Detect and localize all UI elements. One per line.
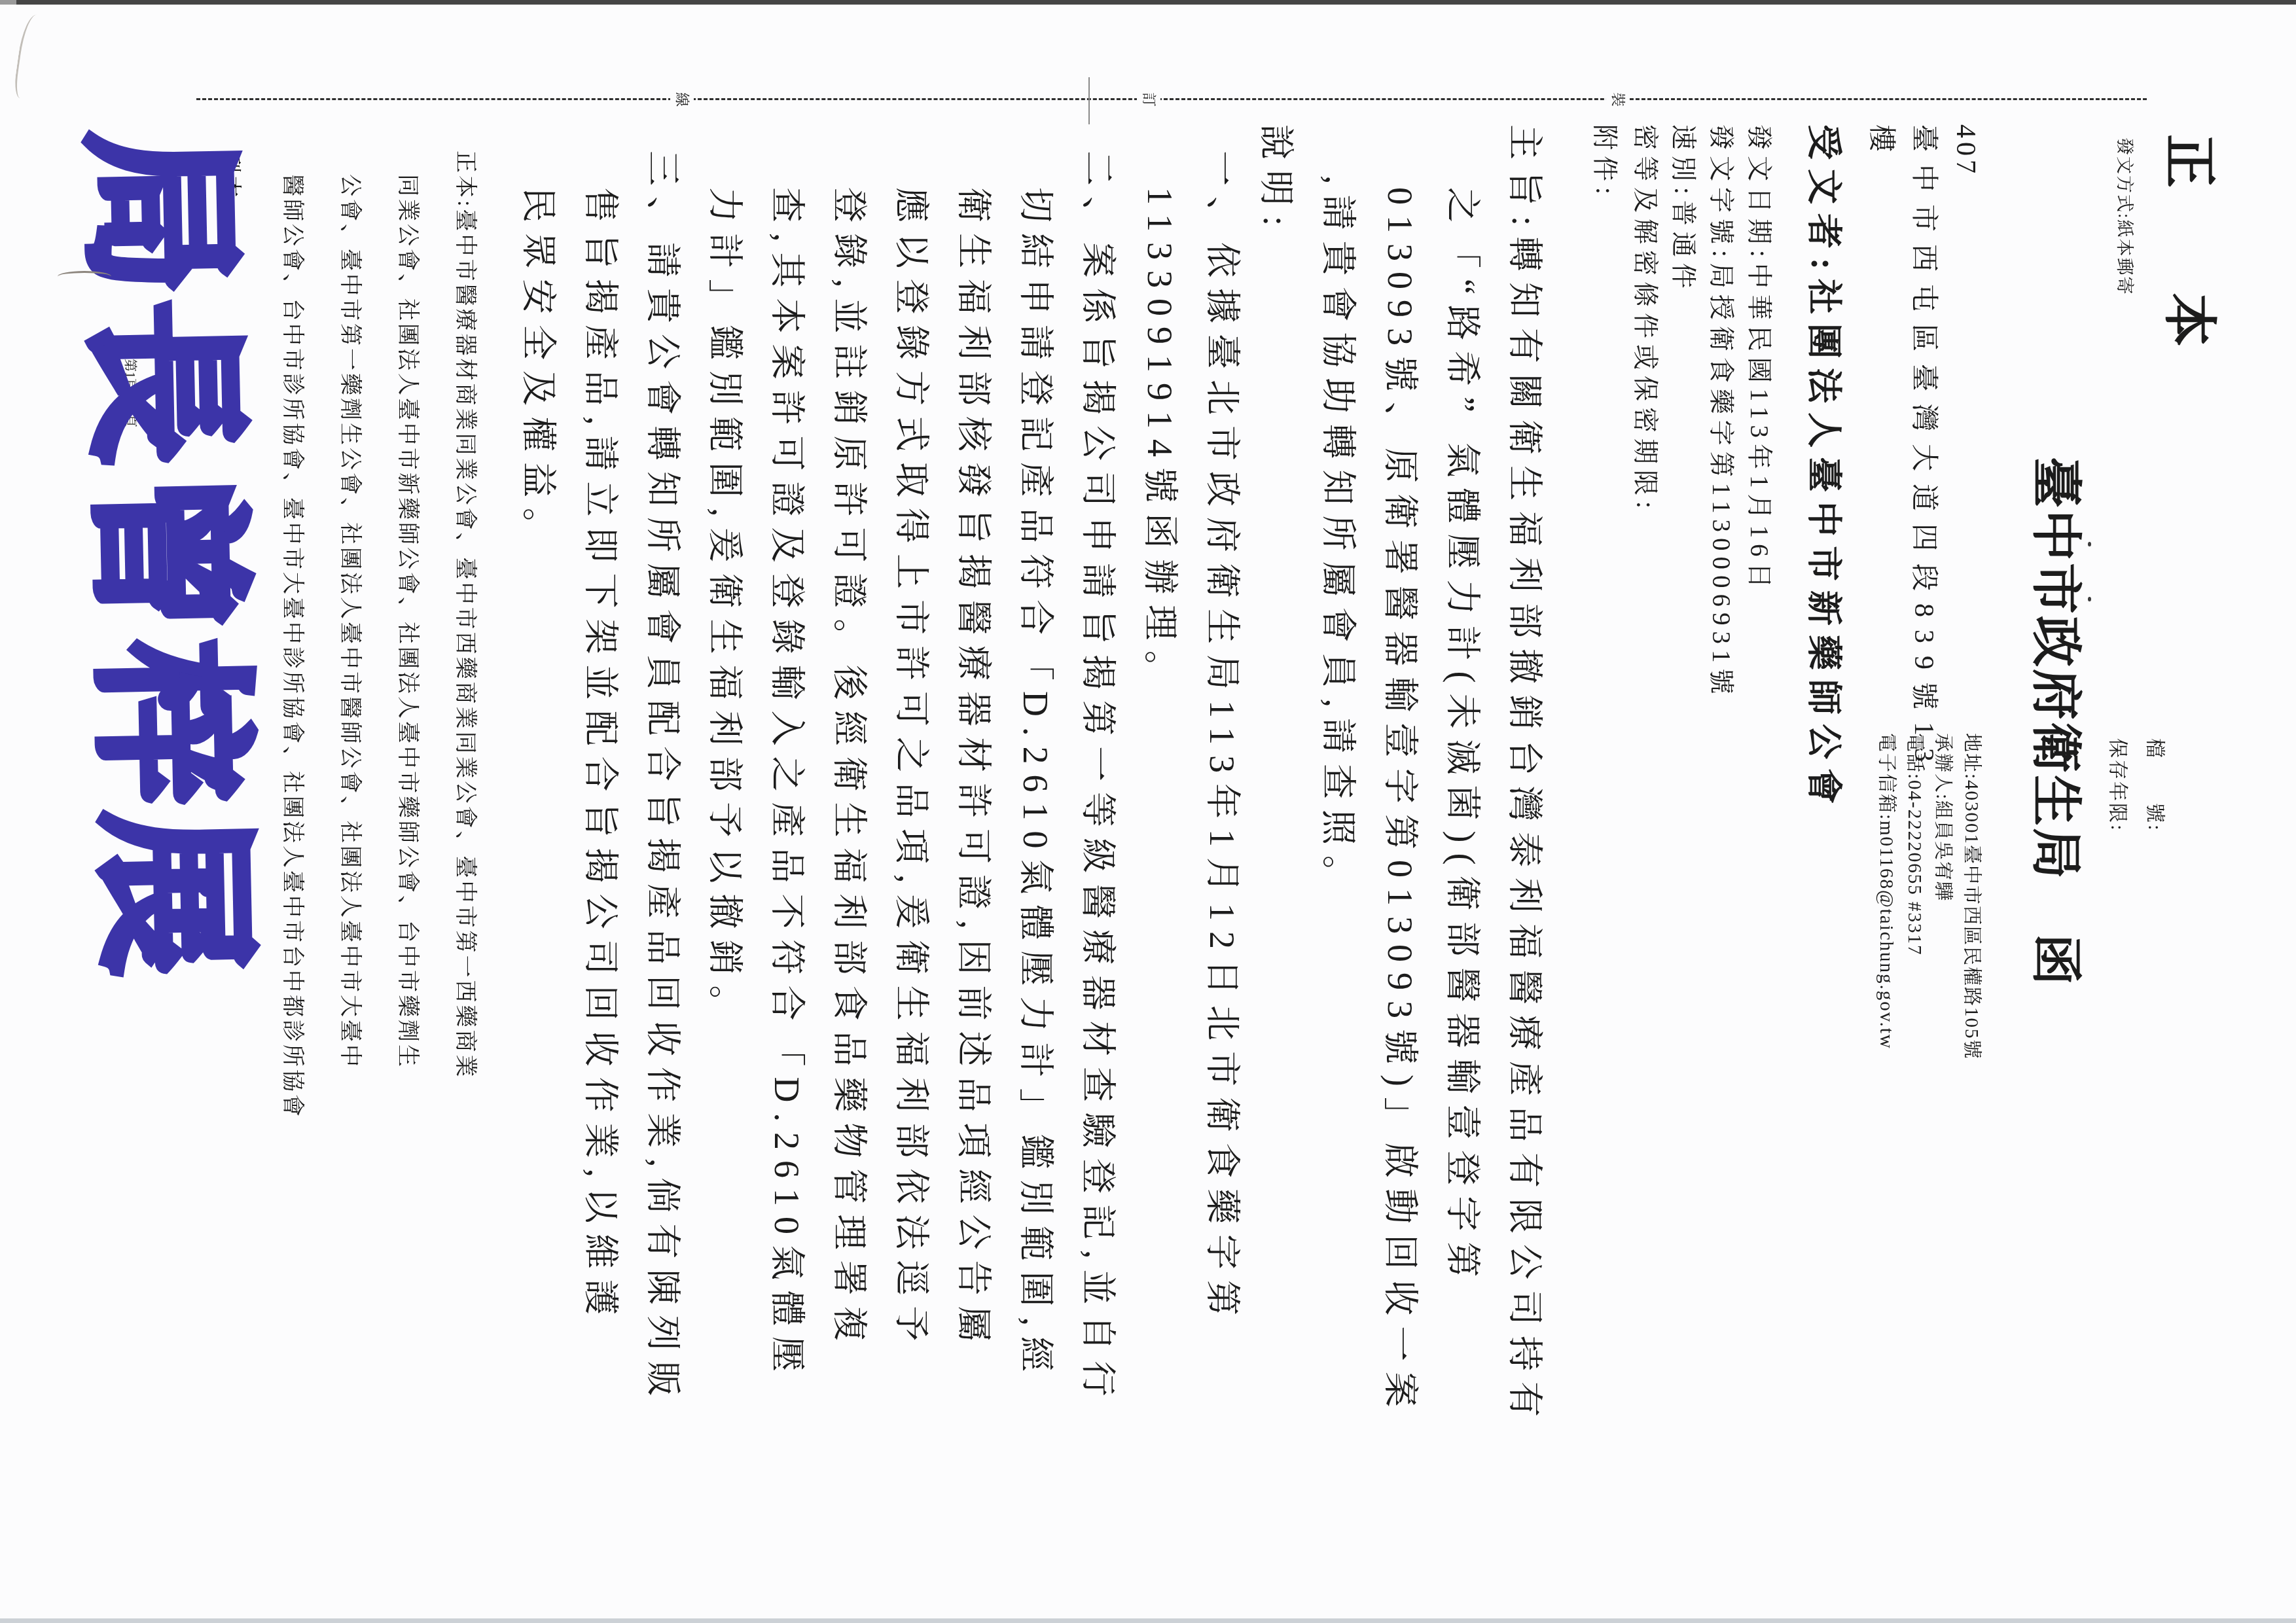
- scan-top-edge-fade: [0, 0, 16, 5]
- explanation-item2-line: 力計」鑑別範圍,爰衛生福利部予以撤銷。: [706, 187, 744, 1031]
- agency-title: 臺中市政府衛生局 函: [2028, 457, 2083, 987]
- explanation-item3-line: 售旨揭產品,請立即下架並配合旨揭公司回收作業,以維護: [581, 187, 619, 1325]
- director-signature: 局長曾梓展: [75, 130, 255, 984]
- receiver-address-line1: 臺中市西屯區臺灣大道四段839號13: [1909, 124, 1938, 774]
- retention-period-label: 保存年限:: [2107, 738, 2128, 832]
- fold-mark: [1088, 77, 1090, 124]
- explanation-item1-line: 1133091914號函辦理。: [1141, 187, 1179, 696]
- scan-crease: [58, 271, 111, 282]
- delivery-method: 發文方式:紙本郵寄: [2115, 137, 2134, 296]
- issue-date: 發文日期:中華民國113年1月16日: [1745, 124, 1772, 594]
- scan-top-edge: [16, 0, 2296, 5]
- receiver-zipcode: 407: [1950, 124, 1980, 177]
- explanation-item1-line: 一、依據臺北市政府衛生局113年1月12日北市衛食藥字第: [1203, 151, 1241, 1326]
- explanation-item2-line: 查,其本案許可證及登錄輸入之產品不符合「D.2610氣體壓: [768, 187, 806, 1382]
- subject-line: ,請貴會協助轉知所屬會員,請查照。: [1319, 175, 1357, 901]
- receiver-name: 受文者:社團法人臺中市新藥師公會: [1804, 124, 1842, 813]
- original-copy-list-line: 同業公會、社團法人臺中市新藥師公會、社團法人臺中市藥師公會、台中市藥劑生: [395, 174, 419, 1069]
- explanation-item2-line: 二、案係旨揭公司申請旨揭第一等級醫療器材查驗登記,並自行: [1079, 151, 1117, 1407]
- binding-margin-line: [196, 98, 2147, 100]
- security-classification: 密等及解密條件或保密期限:: [1631, 124, 1659, 514]
- subject-line: 之「“路希” 氣體壓力計(未滅菌)(衛部醫器輸壹登字第: [1443, 187, 1481, 1287]
- scan-speck: [2088, 542, 2091, 546]
- binding-mark-zhuang: 裝: [1606, 89, 1630, 110]
- explanation-item2-line: 衛生福利部核發旨揭醫療器材許可證,因前述品項經公告屬: [954, 187, 992, 1352]
- contact-email: 電子信箱:m01168@taichung.gov.tw: [1876, 733, 1896, 1050]
- agency-address: 地址:403001臺中市西區民權路105號: [1961, 733, 1981, 1060]
- letter-page: 正 本 發文方式:紙本郵寄 檔 號: 保存年限: 臺中市政府衛生局 函 地址:4…: [0, 0, 2296, 1623]
- explanation-item3-line: 三、請貴公會轉知所屬會員配合旨揭產品回收作業,倘有陳列販: [643, 151, 681, 1407]
- scan-bottom-edge: [0, 1618, 2296, 1623]
- explanation-label: 說明:: [1257, 124, 1295, 236]
- original-copy-list-line: 公會、臺中市第一藥劑生公會、社團法人臺中市醫師公會、社團法人臺中市大臺中: [337, 174, 361, 1069]
- explanation-item2-line: 登錄,並註銷原許可證。後經衛生福利部食品藥物管理署複: [830, 187, 868, 1352]
- binding-mark-xian: 線: [670, 89, 694, 110]
- subject-line: 013093號、原衛署醫器輸壹字第013093號)」啟動回收一案: [1381, 187, 1419, 1418]
- original-copy-list-line: 醫師公會、台中市診所協會、臺中市大臺中診所協會、社團法人臺中市台中都診所協會: [279, 174, 304, 1119]
- explanation-item2-line: 應以登錄方式取得上市許可之品項,爰衛生福利部依法逕予: [892, 187, 930, 1352]
- subject-line: 主旨:轉知有關衛生福利部撤銷台灣泰利福醫療產品有限公司持有: [1505, 124, 1543, 1427]
- explanation-item2-line: 切結申請登記產品符合「D.2610氣體壓力計」鑑別範圍,經: [1016, 187, 1054, 1382]
- copy-type-label: 正 本: [2159, 134, 2217, 393]
- priority-level: 速別:普通件: [1669, 124, 1696, 294]
- binding-mark-ding: 訂: [1137, 89, 1160, 110]
- file-number-label: 檔 號:: [2144, 738, 2165, 832]
- document-number: 發文字號:局授衛食藥字第1130006931號: [1707, 124, 1734, 700]
- explanation-item3-line: 民眾安全及權益。: [519, 187, 557, 554]
- original-copy-list-line: 正本:臺中市醫療器材商業同業公會、臺中市西藥商業同業公會、臺中市第一西藥商業: [452, 151, 476, 1079]
- attachment-label: 附件:: [1590, 124, 1618, 200]
- receiver-address-line2: 樓: [1866, 124, 1895, 152]
- scanned-document: 正 本 發文方式:紙本郵寄 檔 號: 保存年限: 臺中市政府衛生局 函 地址:4…: [0, 0, 2296, 1623]
- scan-speck: [2088, 597, 2091, 601]
